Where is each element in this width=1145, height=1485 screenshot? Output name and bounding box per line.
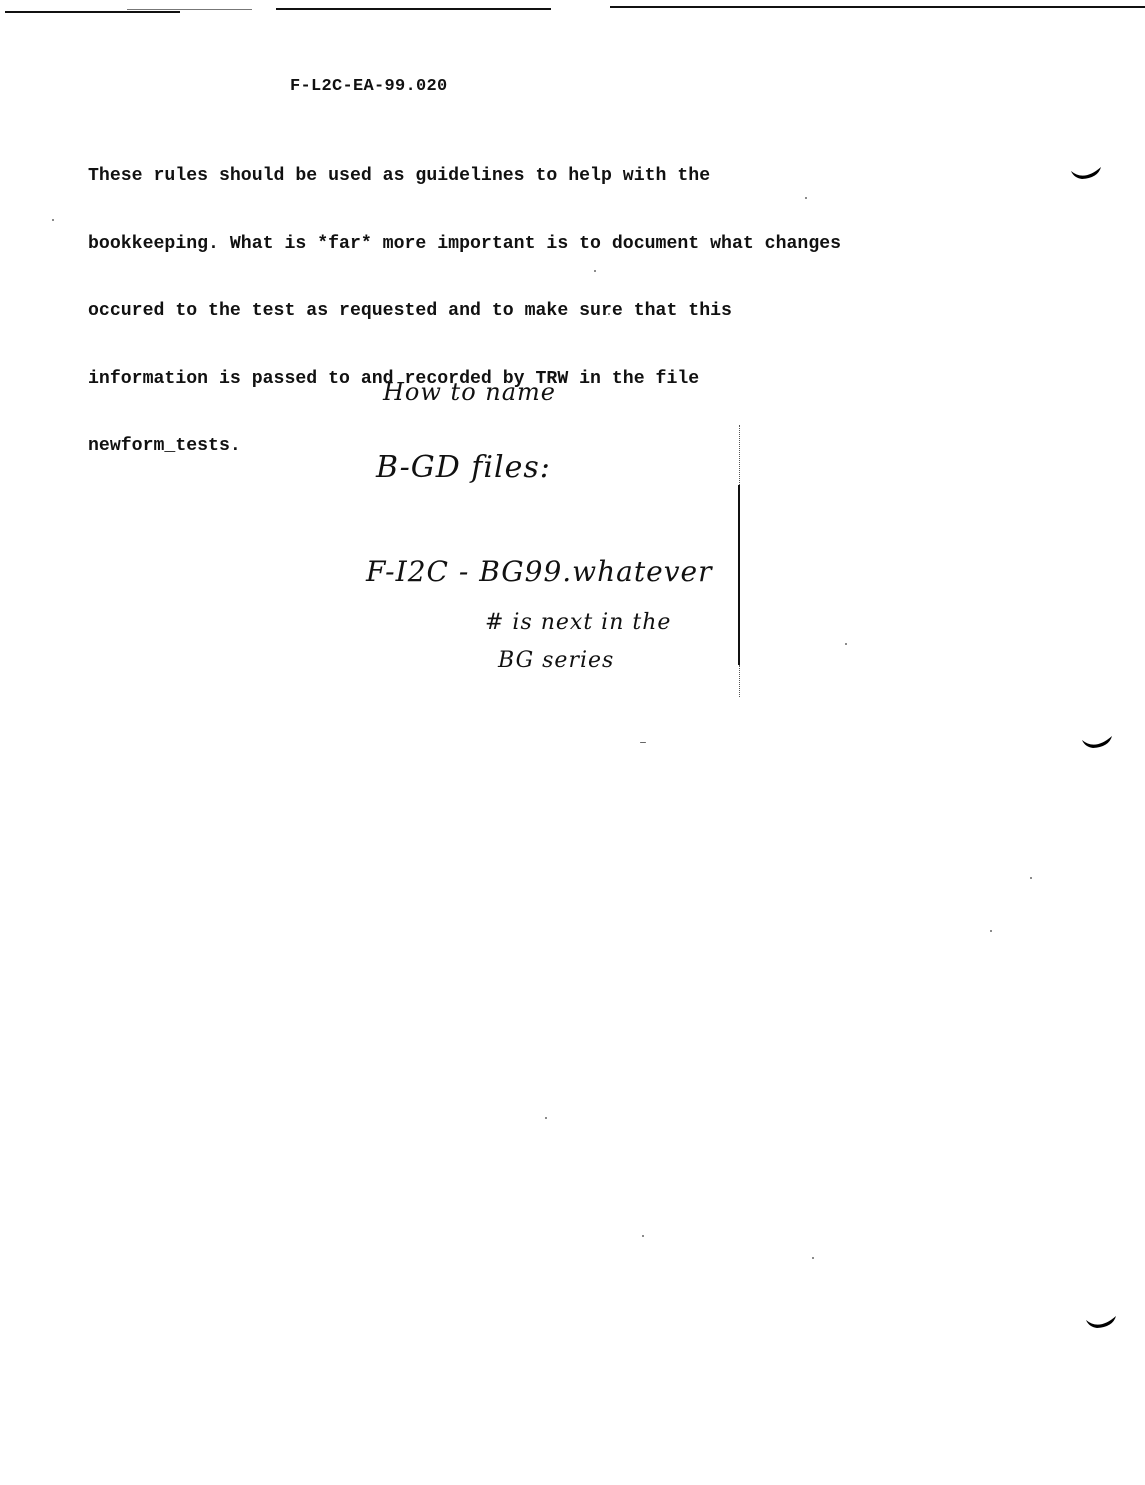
punch-hole-icon xyxy=(1070,166,1102,180)
pen-margin-line-faint xyxy=(739,425,741,485)
scan-speck xyxy=(608,313,610,315)
punch-hole-icon xyxy=(1085,1315,1117,1329)
punch-hole-icon xyxy=(1081,735,1113,749)
scan-edge-rule-left xyxy=(5,11,180,13)
handwritten-line: How to name xyxy=(383,378,556,406)
paragraph-line: occured to the test as requested and to … xyxy=(88,300,988,323)
scan-speck xyxy=(1030,877,1032,879)
scan-edge-rule-center xyxy=(276,8,551,10)
handwritten-line: F-I2C - BG99.whatever xyxy=(366,555,712,588)
scan-speck xyxy=(52,219,54,221)
paragraph-line: These rules should be used as guidelines… xyxy=(88,165,988,188)
scan-speck xyxy=(640,742,646,743)
pen-margin-line xyxy=(738,485,740,665)
handwritten-line: BG series xyxy=(498,648,614,673)
handwritten-line: B-GD files: xyxy=(376,450,551,485)
scan-speck xyxy=(594,270,596,272)
scan-edge-rule-middle xyxy=(127,9,252,10)
scan-speck xyxy=(812,1257,814,1259)
scan-speck xyxy=(845,643,847,645)
scan-edge-rule-right xyxy=(610,6,1145,8)
paragraph-line: bookkeeping. What is *far* more importan… xyxy=(88,233,988,256)
scan-speck xyxy=(990,930,992,932)
pen-margin-line-faint xyxy=(739,665,741,697)
handwritten-line: # is next in the xyxy=(485,610,671,635)
scan-speck xyxy=(642,1235,644,1237)
scan-speck xyxy=(545,1117,547,1119)
document-id: F-L2C-EA-99.020 xyxy=(290,77,448,96)
scan-speck xyxy=(805,197,807,199)
guidelines-paragraph: These rules should be used as guidelines… xyxy=(88,120,988,480)
